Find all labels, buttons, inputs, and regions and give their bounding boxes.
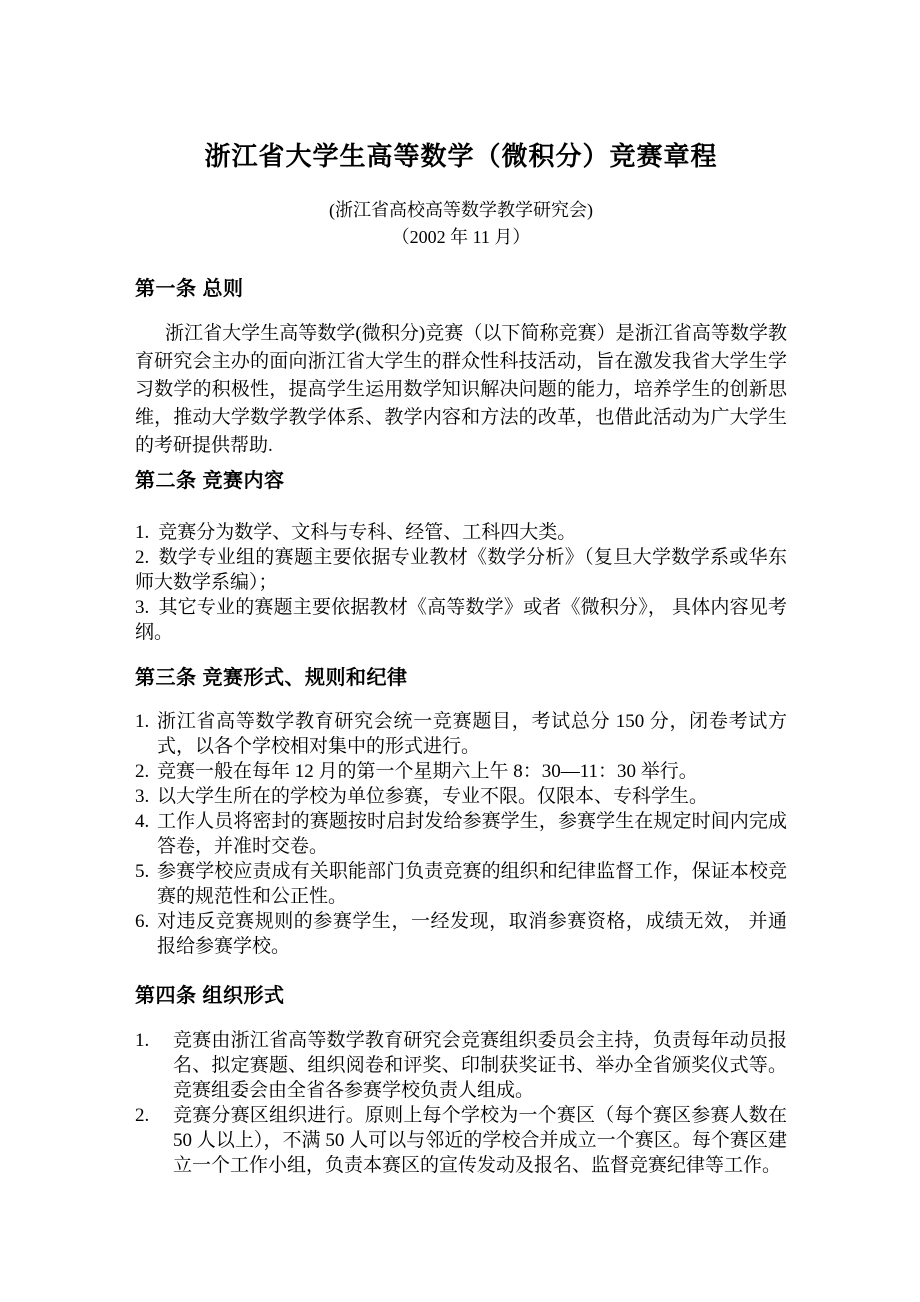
list-item: 6. 对违反竞赛规则的参赛学生，一经发现，取消参赛资格，成绩无效， 并通报给参赛… bbox=[135, 909, 787, 959]
list-item-number: 3. bbox=[135, 784, 157, 809]
list-item-number: 6. bbox=[135, 909, 157, 959]
list-item: 3.其它专业的赛题主要依据教材《高等数学》或者《微积分》， 具体内容见考纲。 bbox=[135, 595, 787, 645]
list-item-number: 2. bbox=[135, 759, 157, 784]
list-item-text: 对违反竞赛规则的参赛学生，一经发现，取消参赛资格，成绩无效， 并通报给参赛学校。 bbox=[157, 909, 787, 959]
section-heading-article-4: 第四条 组织形式 bbox=[135, 983, 787, 1009]
list-item-number: 2. bbox=[135, 1103, 173, 1178]
section-heading-article-3: 第三条 竞赛形式、规则和纪律 bbox=[135, 665, 787, 691]
list-item: 1. 浙江省高等数学教育研究会统一竞赛题目，考试总分 150 分，闭卷考试方式，… bbox=[135, 709, 787, 759]
list-item-text: 竞赛一般在每年 12 月的第一个星期六上午 8：30—11：30 举行。 bbox=[157, 759, 787, 784]
section-heading-article-2: 第二条 竞赛内容 bbox=[135, 468, 787, 494]
list-item-number: 2. bbox=[135, 545, 149, 570]
list-item: 4. 工作人员将密封的赛题按时启封发给参赛学生，参赛学生在规定时间内完成答卷，并… bbox=[135, 809, 787, 859]
intro-paragraph: 浙江省大学生高等数学(微积分)竞赛（以下简称竞赛）是浙江省高等数学教育研究会主办… bbox=[135, 320, 787, 460]
list-item-text: 浙江省高等数学教育研究会统一竞赛题目，考试总分 150 分，闭卷考试方式，以各个… bbox=[157, 709, 787, 759]
list-item-number: 1. bbox=[135, 709, 157, 759]
list-item: 2.数学专业组的赛题主要依据专业教材《数学分析》（复旦大学数学系或华东师大数学系… bbox=[135, 545, 787, 595]
list-item-text: 以大学生所在的学校为单位参赛，专业不限。仅限本、专科学生。 bbox=[157, 784, 787, 809]
list-item-number: 4. bbox=[135, 809, 157, 859]
article-4-list: 1. 竞赛由浙江省高等数学教育研究会竞赛组织委员会主持，负责每年动员报名、拟定赛… bbox=[135, 1028, 787, 1178]
list-item-text: 其它专业的赛题主要依据教材《高等数学》或者《微积分》， 具体内容见考纲。 bbox=[135, 597, 787, 643]
list-item-number: 5. bbox=[135, 859, 157, 909]
article-2-list: 1.竞赛分为数学、文科与专科、经管、工科四大类。 2.数学专业组的赛题主要依据专… bbox=[135, 520, 787, 645]
list-item-text: 数学专业组的赛题主要依据专业教材《数学分析》（复旦大学数学系或华东师大数学系编）… bbox=[135, 547, 787, 593]
list-item-text: 竞赛由浙江省高等数学教育研究会竞赛组织委员会主持，负责每年动员报名、拟定赛题、组… bbox=[173, 1028, 787, 1103]
list-item: 2. 竞赛分赛区组织进行。原则上每个学校为一个赛区（每个赛区参赛人数在 50 人… bbox=[135, 1103, 787, 1178]
list-item-text: 竞赛分为数学、文科与专科、经管、工科四大类。 bbox=[158, 522, 576, 543]
list-item: 1. 竞赛由浙江省高等数学教育研究会竞赛组织委员会主持，负责每年动员报名、拟定赛… bbox=[135, 1028, 787, 1103]
list-item-number: 1. bbox=[135, 1028, 173, 1103]
list-item-number: 1. bbox=[135, 520, 149, 545]
list-item-text: 工作人员将密封的赛题按时启封发给参赛学生，参赛学生在规定时间内完成答卷，并准时交… bbox=[157, 809, 787, 859]
section-heading-article-1: 第一条 总则 bbox=[135, 276, 787, 302]
list-item: 5. 参赛学校应责成有关职能部门负责竞赛的组织和纪律监督工作，保证本校竞赛的规范… bbox=[135, 859, 787, 909]
document-page: 浙江省大学生高等数学（微积分）竞赛章程 (浙江省高校高等数学教学研究会) （20… bbox=[0, 0, 920, 1302]
list-item: 3. 以大学生所在的学校为单位参赛，专业不限。仅限本、专科学生。 bbox=[135, 784, 787, 809]
list-item: 1.竞赛分为数学、文科与专科、经管、工科四大类。 bbox=[135, 520, 787, 545]
list-item: 2. 竞赛一般在每年 12 月的第一个星期六上午 8：30—11：30 举行。 bbox=[135, 759, 787, 784]
list-item-number: 3. bbox=[135, 595, 149, 620]
document-date: （2002 年 11 月） bbox=[135, 225, 787, 249]
list-item-text: 竞赛分赛区组织进行。原则上每个学校为一个赛区（每个赛区参赛人数在 50 人以上）… bbox=[173, 1103, 787, 1178]
article-3-list: 1. 浙江省高等数学教育研究会统一竞赛题目，考试总分 150 分，闭卷考试方式，… bbox=[135, 709, 787, 959]
document-title: 浙江省大学生高等数学（微积分）竞赛章程 bbox=[135, 138, 787, 174]
list-item-text: 参赛学校应责成有关职能部门负责竞赛的组织和纪律监督工作，保证本校竞赛的规范性和公… bbox=[157, 859, 787, 909]
document-subtitle: (浙江省高校高等数学教学研究会) bbox=[135, 198, 787, 222]
